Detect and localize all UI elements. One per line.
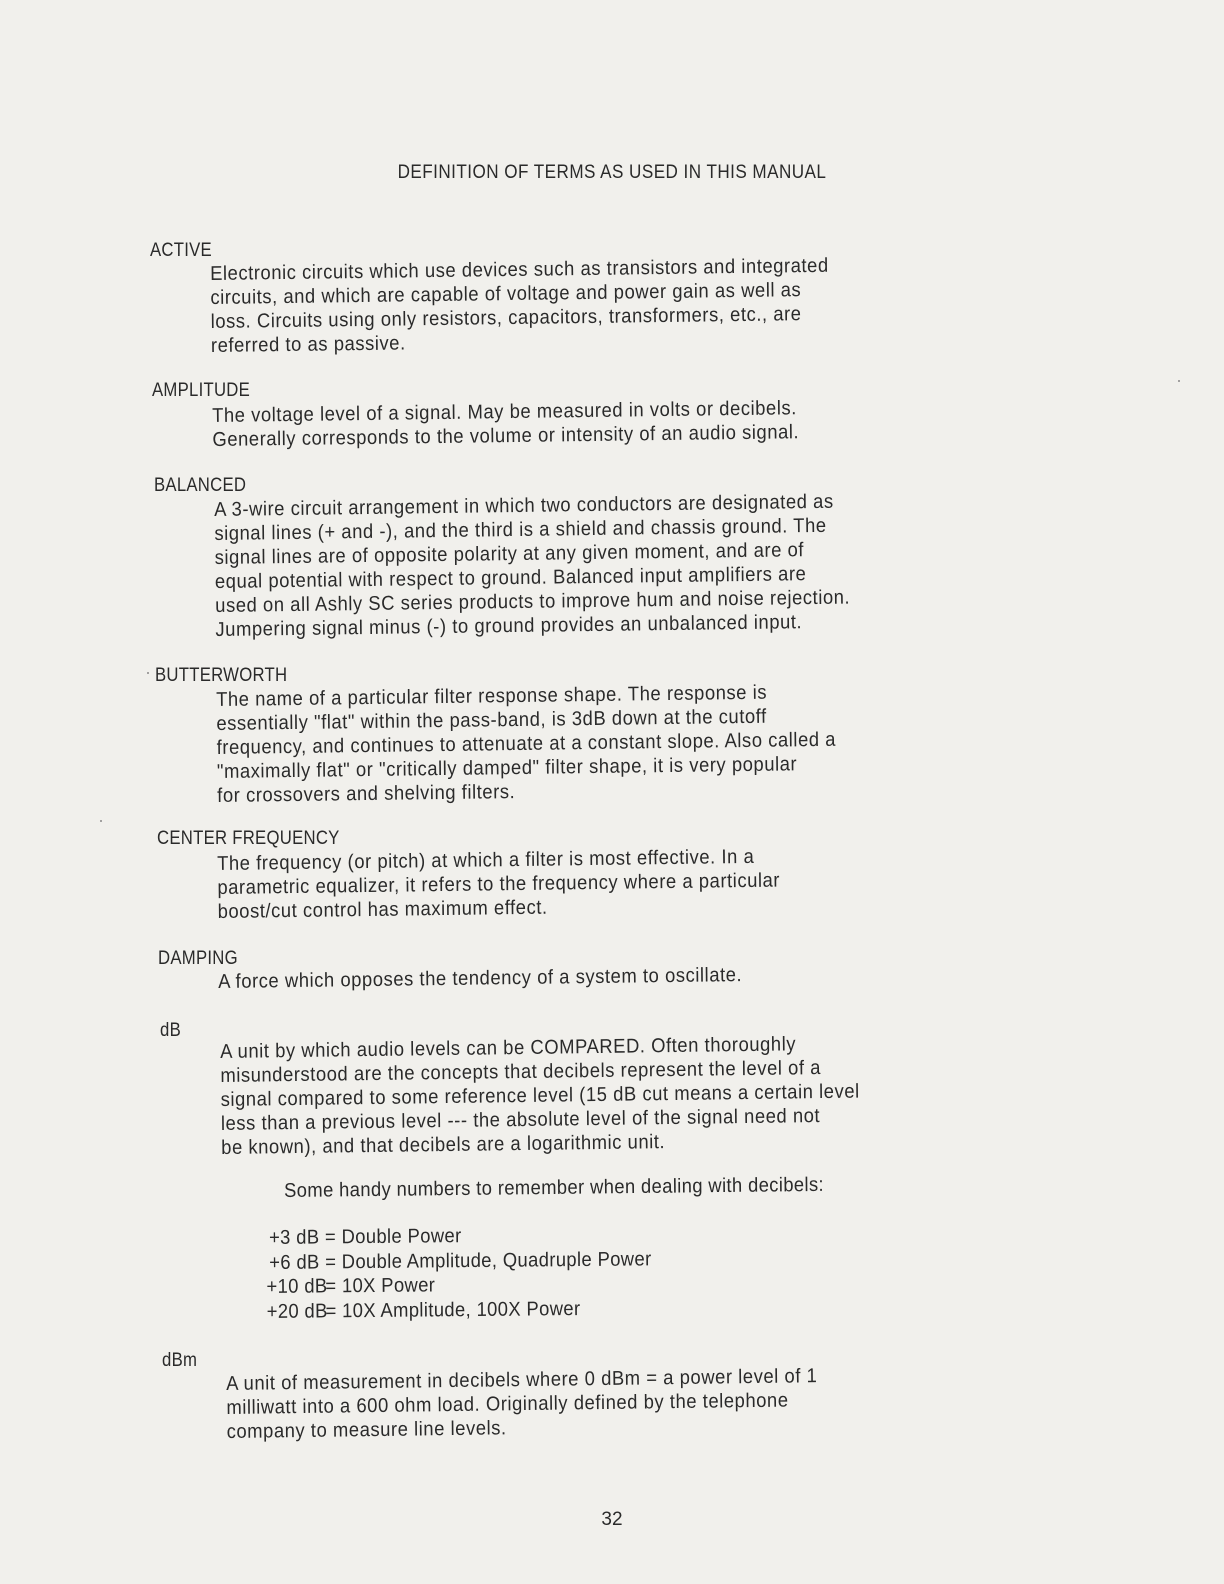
term-label: dBm bbox=[162, 1350, 197, 1372]
scan-speck bbox=[147, 672, 149, 674]
term-definition: A 3-wire circuit arrangement in which tw… bbox=[214, 487, 1071, 642]
term-definition: The voltage level of a signal. May be me… bbox=[212, 393, 1068, 452]
page-title: DEFINITION OF TERMS AS USED IN THIS MANU… bbox=[61, 162, 1163, 184]
term-label: ACTIVE bbox=[150, 240, 212, 262]
decibel-row: +10 dB = 10X Power bbox=[266, 1271, 651, 1299]
term-definition: Electronic circuits which use devices su… bbox=[210, 251, 1067, 358]
decibel-reference-list: +3 dB = Double Power +6 dB = Double Ampl… bbox=[266, 1222, 652, 1324]
term-definition: The name of a particular filter response… bbox=[216, 677, 1073, 808]
term-label: DAMPING bbox=[158, 948, 238, 970]
manual-page: DEFINITION OF TERMS AS USED IN THIS MANU… bbox=[0, 0, 1224, 1584]
decibel-note-intro: Some handy numbers to remember when deal… bbox=[284, 1174, 824, 1203]
term-definition: The frequency (or pitch) at which a filt… bbox=[217, 841, 1073, 924]
term-label: BUTTERWORTH bbox=[155, 665, 287, 687]
term-label: BALANCED bbox=[154, 475, 246, 497]
term-label: AMPLITUDE bbox=[152, 380, 250, 402]
decibel-row: +20 dB = 10X Amplitude, 100X Power bbox=[267, 1296, 652, 1324]
term-definition: A unit of measurement in decibels where … bbox=[226, 1361, 1082, 1444]
scan-speck bbox=[100, 820, 102, 822]
page-number: 32 bbox=[0, 1509, 1224, 1531]
scan-speck bbox=[1178, 380, 1180, 382]
decibel-row: +3 dB = Double Power bbox=[266, 1222, 651, 1250]
decibel-row: +6 dB = Double Amplitude, Quadruple Powe… bbox=[266, 1247, 651, 1275]
term-label: dB bbox=[160, 1020, 181, 1042]
term-definition: A force which opposes the tendency of a … bbox=[218, 959, 1074, 994]
term-label: CENTER FREQUENCY bbox=[157, 828, 340, 850]
term-definition: A unit by which audio levels can be COMP… bbox=[220, 1029, 1077, 1160]
